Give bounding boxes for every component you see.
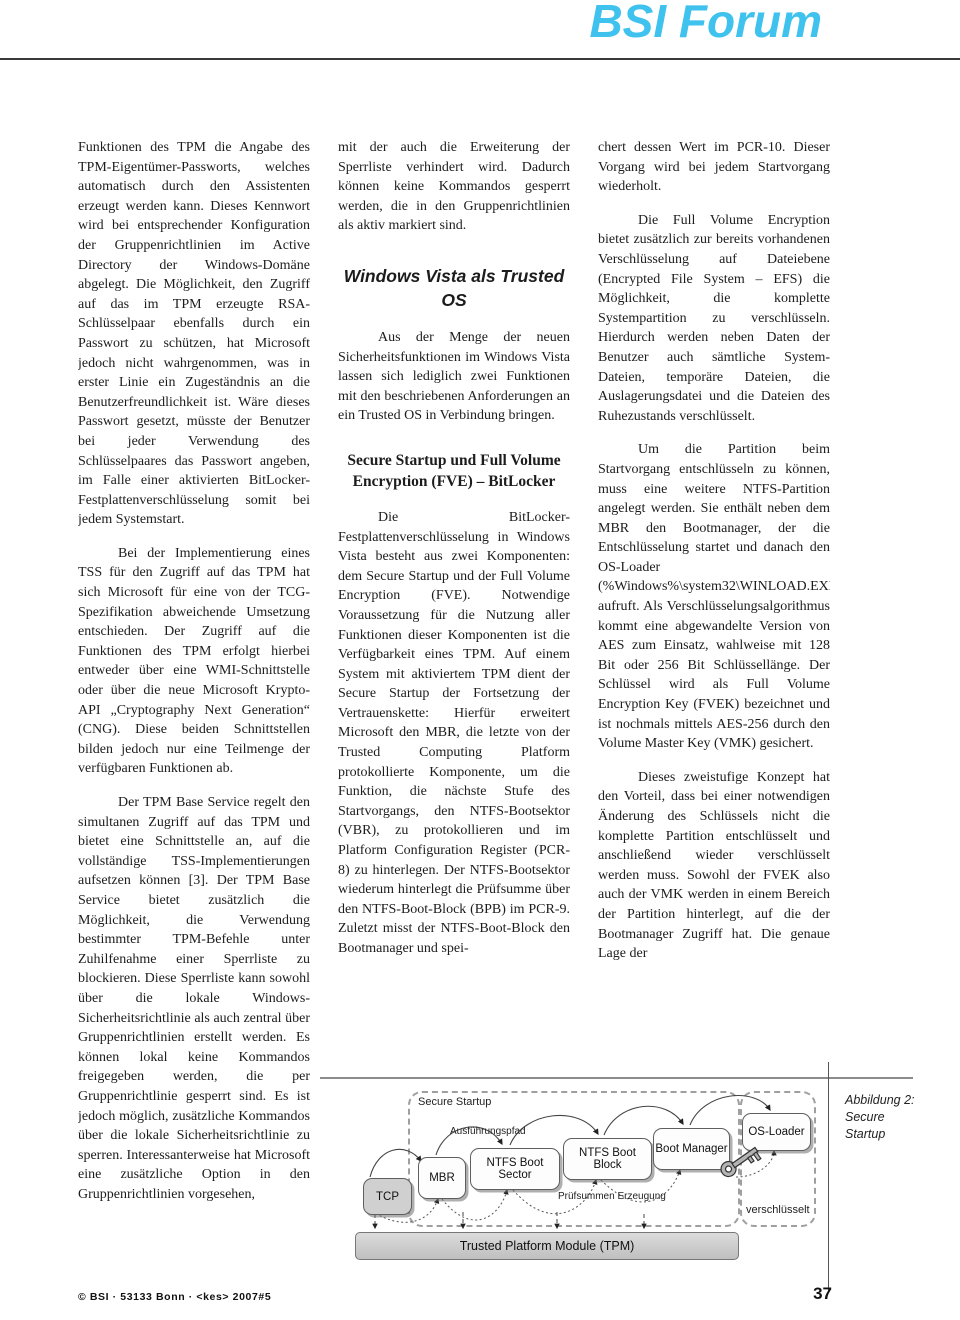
paragraph: Die BitLocker-Festplattenverschlüsselung… (338, 508, 570, 959)
caption-margin-rule (828, 1062, 829, 1292)
paragraph: Funktionen des TPM die Angabe des TPM-Ei… (78, 138, 310, 530)
paragraph: Der TPM Base Service regelt den simultan… (78, 793, 310, 1204)
figure-separator-rule (320, 1077, 913, 1079)
magazine-page: BSI Forum Funktionen des TPM die Angabe … (0, 0, 960, 1320)
key-icon (716, 1140, 768, 1187)
node-tcp: TCP (363, 1178, 412, 1215)
node-ntfs-boot-sector: NTFS Boot Sector (470, 1148, 560, 1190)
figure-caption: Abbildung 2: Secure Startup (845, 1092, 925, 1143)
figure-diagram: Secure Startup verschlüsselt Ausführungs… (350, 1085, 825, 1270)
paragraph: Bei der Implementierung eines TSS für de… (78, 544, 310, 779)
page-title: BSI Forum (589, 0, 822, 48)
node-mbr: MBR (418, 1157, 466, 1199)
paragraph: Dieses zweistufige Konzept hat den Vorte… (598, 768, 830, 964)
execution-path-label: Ausführungspfad (450, 1126, 526, 1137)
paragraph: mit der auch die Erweiterung der Sperrli… (338, 138, 570, 236)
secure-startup-region-label: Secure Startup (418, 1096, 491, 1108)
text-column-1: Funktionen des TPM die Angabe des TPM-Ei… (78, 138, 310, 1278)
checksum-label: Prüfsummen Erzeugung (558, 1191, 666, 1202)
page-header: BSI Forum (0, 0, 960, 60)
section-heading-secure-startup: Secure Startup und Full Volume Encryptio… (338, 450, 570, 492)
page-number: 37 (740, 1284, 832, 1304)
node-ntfs-boot-block: NTFS Boot Block (563, 1138, 652, 1180)
encrypted-region-label: verschlüsselt (746, 1204, 810, 1216)
footer-imprint: © BSI · 53133 Bonn · <kes> 2007#5 (78, 1291, 271, 1303)
section-heading-windows-vista: Windows Vista als Trusted OS (338, 264, 570, 312)
paragraph: Um die Partition beim Startvorgang entsc… (598, 440, 830, 754)
paragraph: chert dessen Wert im PCR-10. Dieser Vorg… (598, 138, 830, 197)
paragraph: Aus der Menge der neuen Sicherheitsfunkt… (338, 328, 570, 426)
tpm-bar: Trusted Platform Module (TPM) (355, 1232, 739, 1260)
paragraph: Die Full Volume Encryption bietet zusätz… (598, 211, 830, 427)
